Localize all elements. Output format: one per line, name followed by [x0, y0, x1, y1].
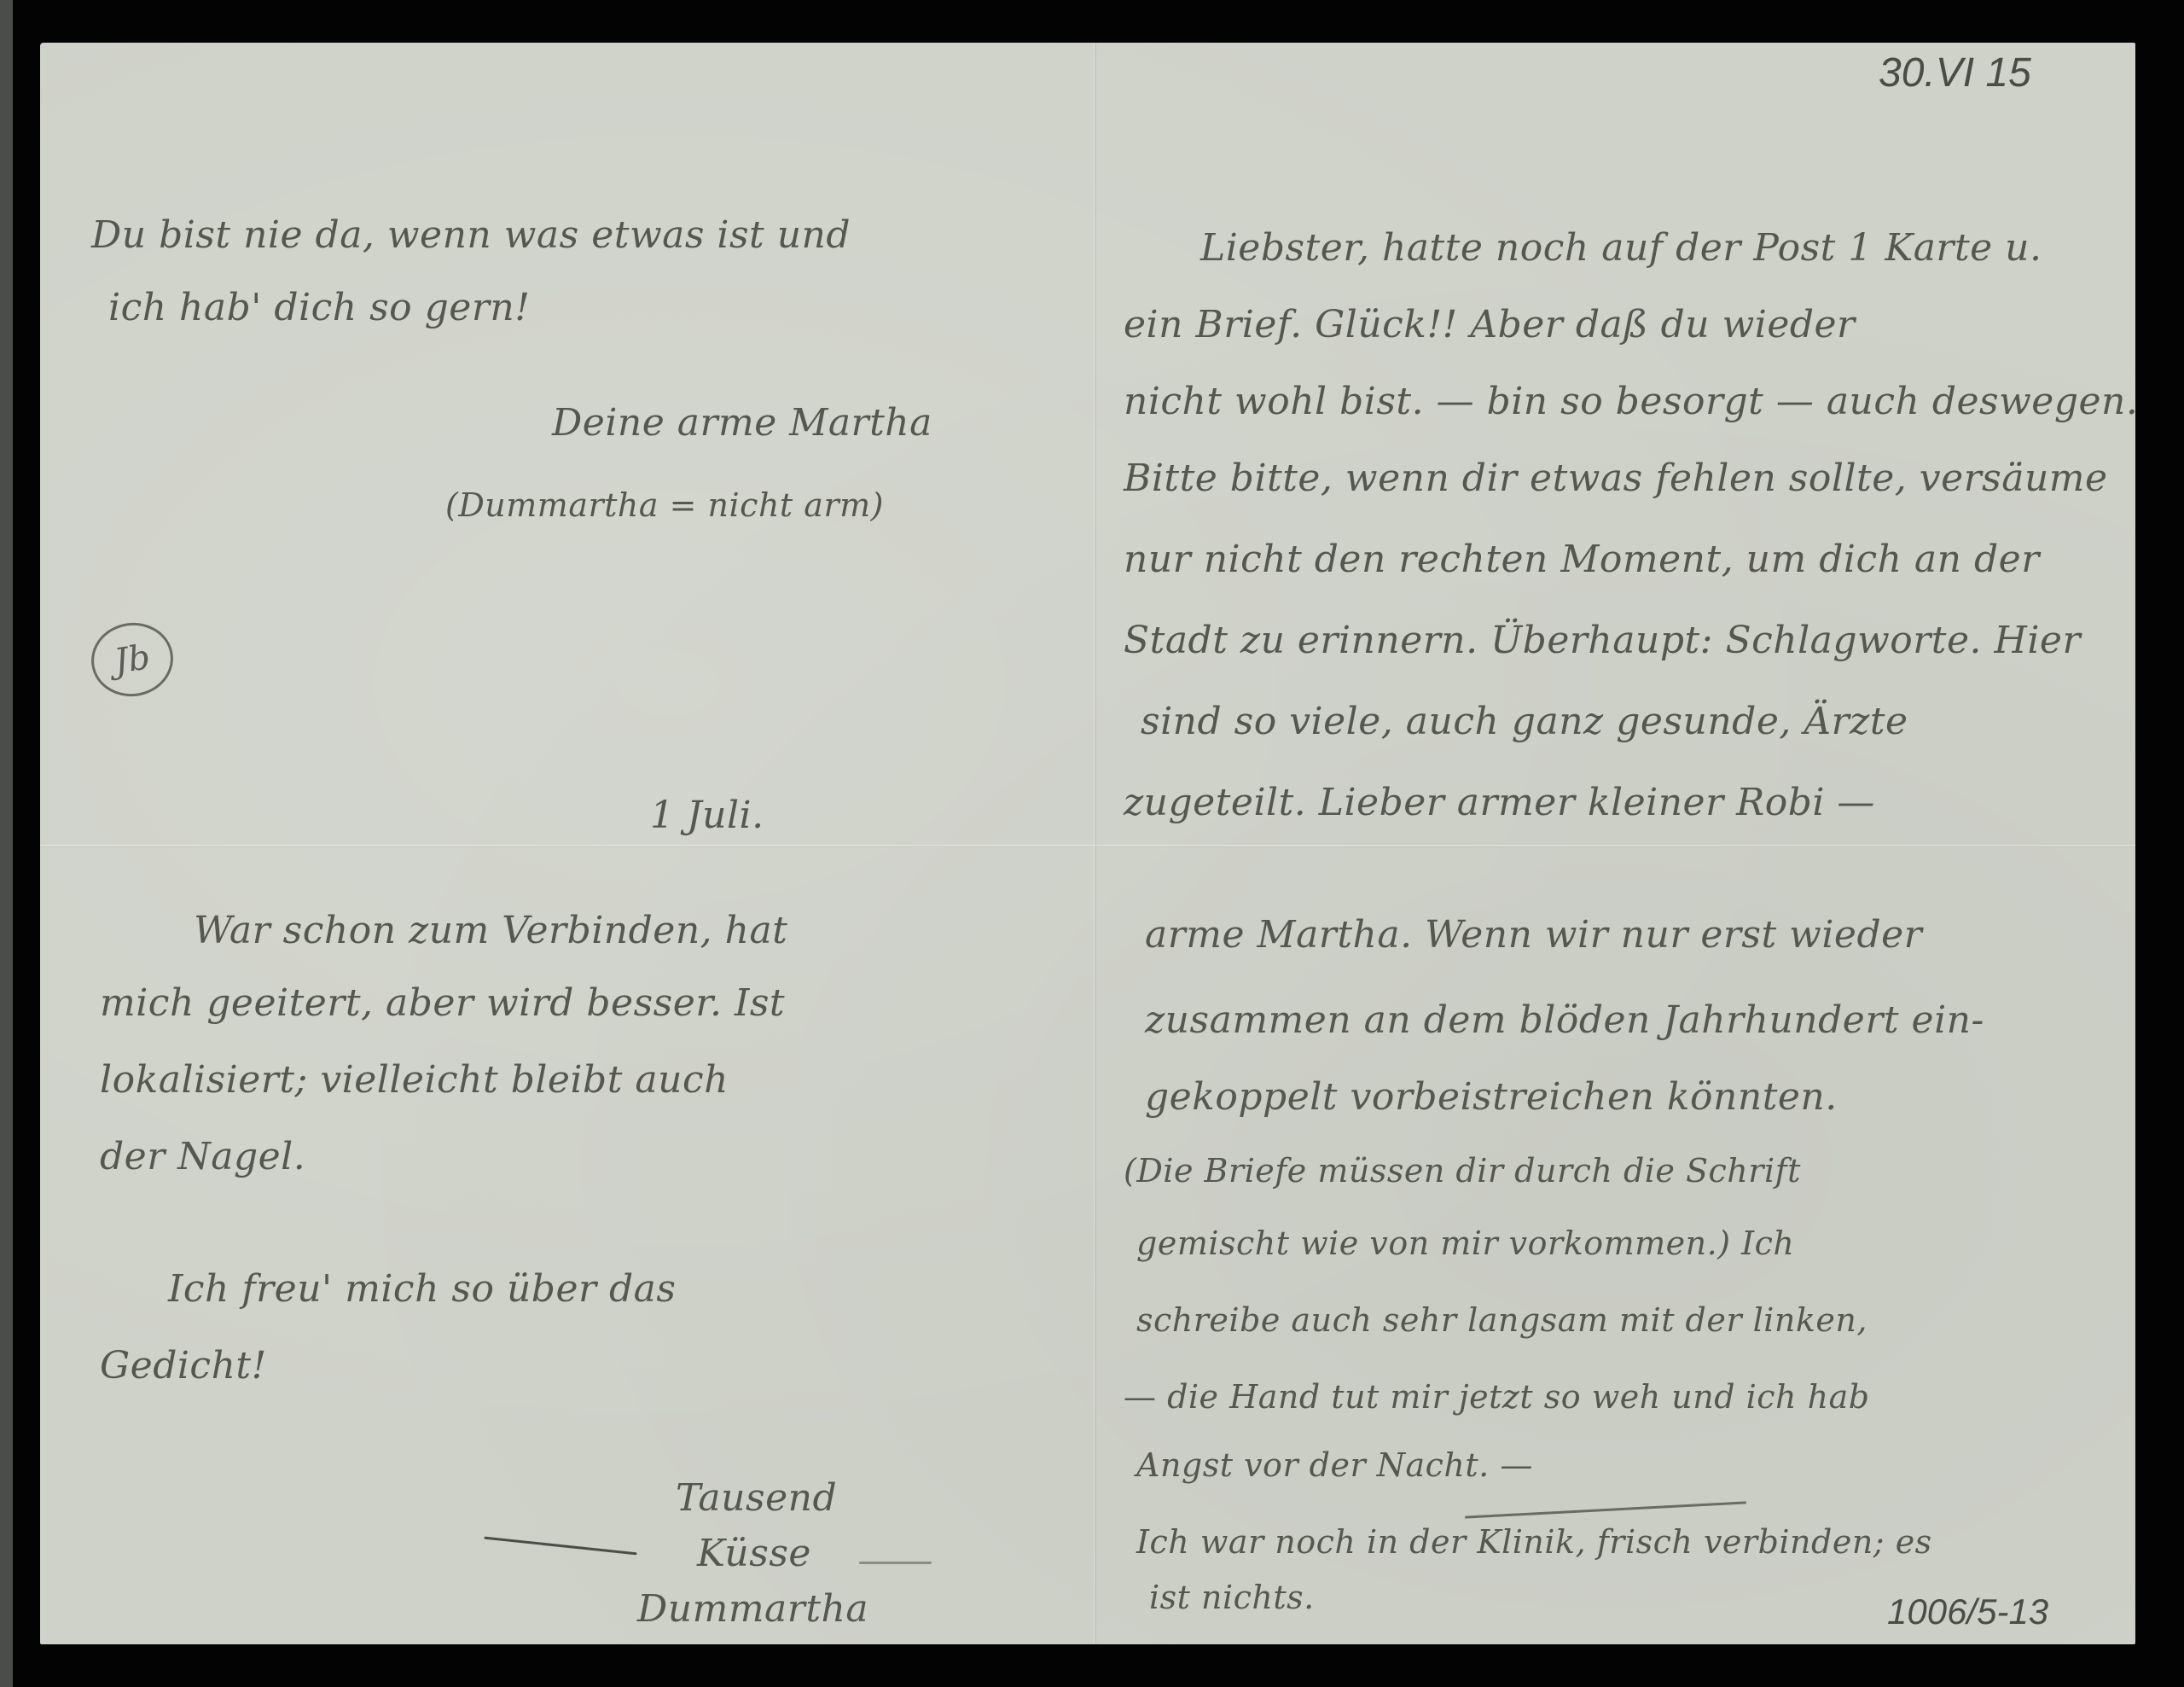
left-para2-line-2: mich geeitert, aber wird besser. Ist	[100, 981, 785, 1025]
signature-tail-stroke	[859, 1562, 932, 1564]
vertical-fold	[1094, 43, 1096, 1644]
letter-sheet: 30.VI 15 Du bist nie da, wenn was etwas …	[40, 43, 2135, 1644]
left-para2-line-3: lokalisiert; vielleicht bleibt auch	[100, 1058, 729, 1102]
left-line-1: Du bist nie da, wenn was etwas ist und	[91, 213, 851, 257]
right-line-16: Angst vor der Nacht. —	[1136, 1446, 1533, 1484]
left-line-2: ich hab' dich so gern!	[108, 286, 530, 329]
right-line-1: Liebster, hatte noch auf der Post 1 Kart…	[1200, 226, 2042, 270]
left-para2-line-4: der Nagel.	[100, 1135, 305, 1178]
postscript-line-1: Ich war noch in der Klinik, frisch verbi…	[1136, 1523, 1932, 1561]
right-line-8: zugeteilt. Lieber armer kleiner Robi —	[1124, 781, 1875, 824]
right-line-10: zusammen an dem blöden Jahrhundert ein-	[1145, 998, 1984, 1042]
separator-stroke	[1465, 1501, 1746, 1518]
closing-deine-arme-martha: Deine arme Martha	[552, 401, 932, 445]
circled-monogram: Jb	[86, 618, 177, 702]
right-line-3: nicht wohl bist. — bin so besorgt — auch…	[1124, 380, 2138, 423]
signature-kuesse: Küsse	[697, 1532, 811, 1575]
signature-dummartha: Dummartha	[637, 1587, 868, 1631]
archive-reference: 1006/5-13	[1887, 1591, 2048, 1632]
right-line-15: — die Hand tut mir jetzt so weh und ich …	[1124, 1378, 1870, 1416]
closing-note-dummartha: (Dummartha = nicht arm)	[445, 486, 884, 524]
left-para2-line-1: War schon zum Verbinden, hat	[194, 909, 787, 952]
right-line-9: arme Martha. Wenn wir nur erst wieder	[1145, 913, 1922, 957]
right-line-13: gemischt wie von mir vorkommen.) Ich	[1136, 1225, 1794, 1262]
horizontal-fold	[40, 845, 2135, 847]
left-para3-line-1: Ich freu' mich so über das	[168, 1267, 676, 1311]
date-heading-1-juli: 1 Juli.	[650, 794, 764, 837]
right-line-11: gekoppelt vorbeistreichen könnten.	[1145, 1075, 1838, 1119]
right-line-5: nur nicht den rechten Moment, um dich an…	[1124, 538, 2040, 581]
right-line-14: schreibe auch sehr langsam mit der linke…	[1136, 1301, 1867, 1339]
right-line-7: sind so viele, auch ganz gesunde, Ärzte	[1141, 700, 1908, 743]
right-line-2: ein Brief. Glück!! Aber daß du wieder	[1124, 303, 1856, 346]
signature-tausend: Tausend	[676, 1476, 837, 1520]
postscript-line-2: ist nichts.	[1149, 1579, 1315, 1616]
scanner-edge-strip	[0, 0, 13, 1687]
date-annotation: 30.VI 15	[1879, 49, 2031, 96]
left-para3-line-2: Gedicht!	[100, 1344, 267, 1387]
right-line-12: (Die Briefe müssen dir durch die Schrift	[1124, 1152, 1801, 1190]
right-line-4: Bitte bitte, wenn dir etwas fehlen sollt…	[1124, 457, 2108, 500]
right-line-6: Stadt zu erinnern. Überhaupt: Schlagwort…	[1124, 619, 2081, 662]
signature-flourish	[484, 1537, 636, 1556]
